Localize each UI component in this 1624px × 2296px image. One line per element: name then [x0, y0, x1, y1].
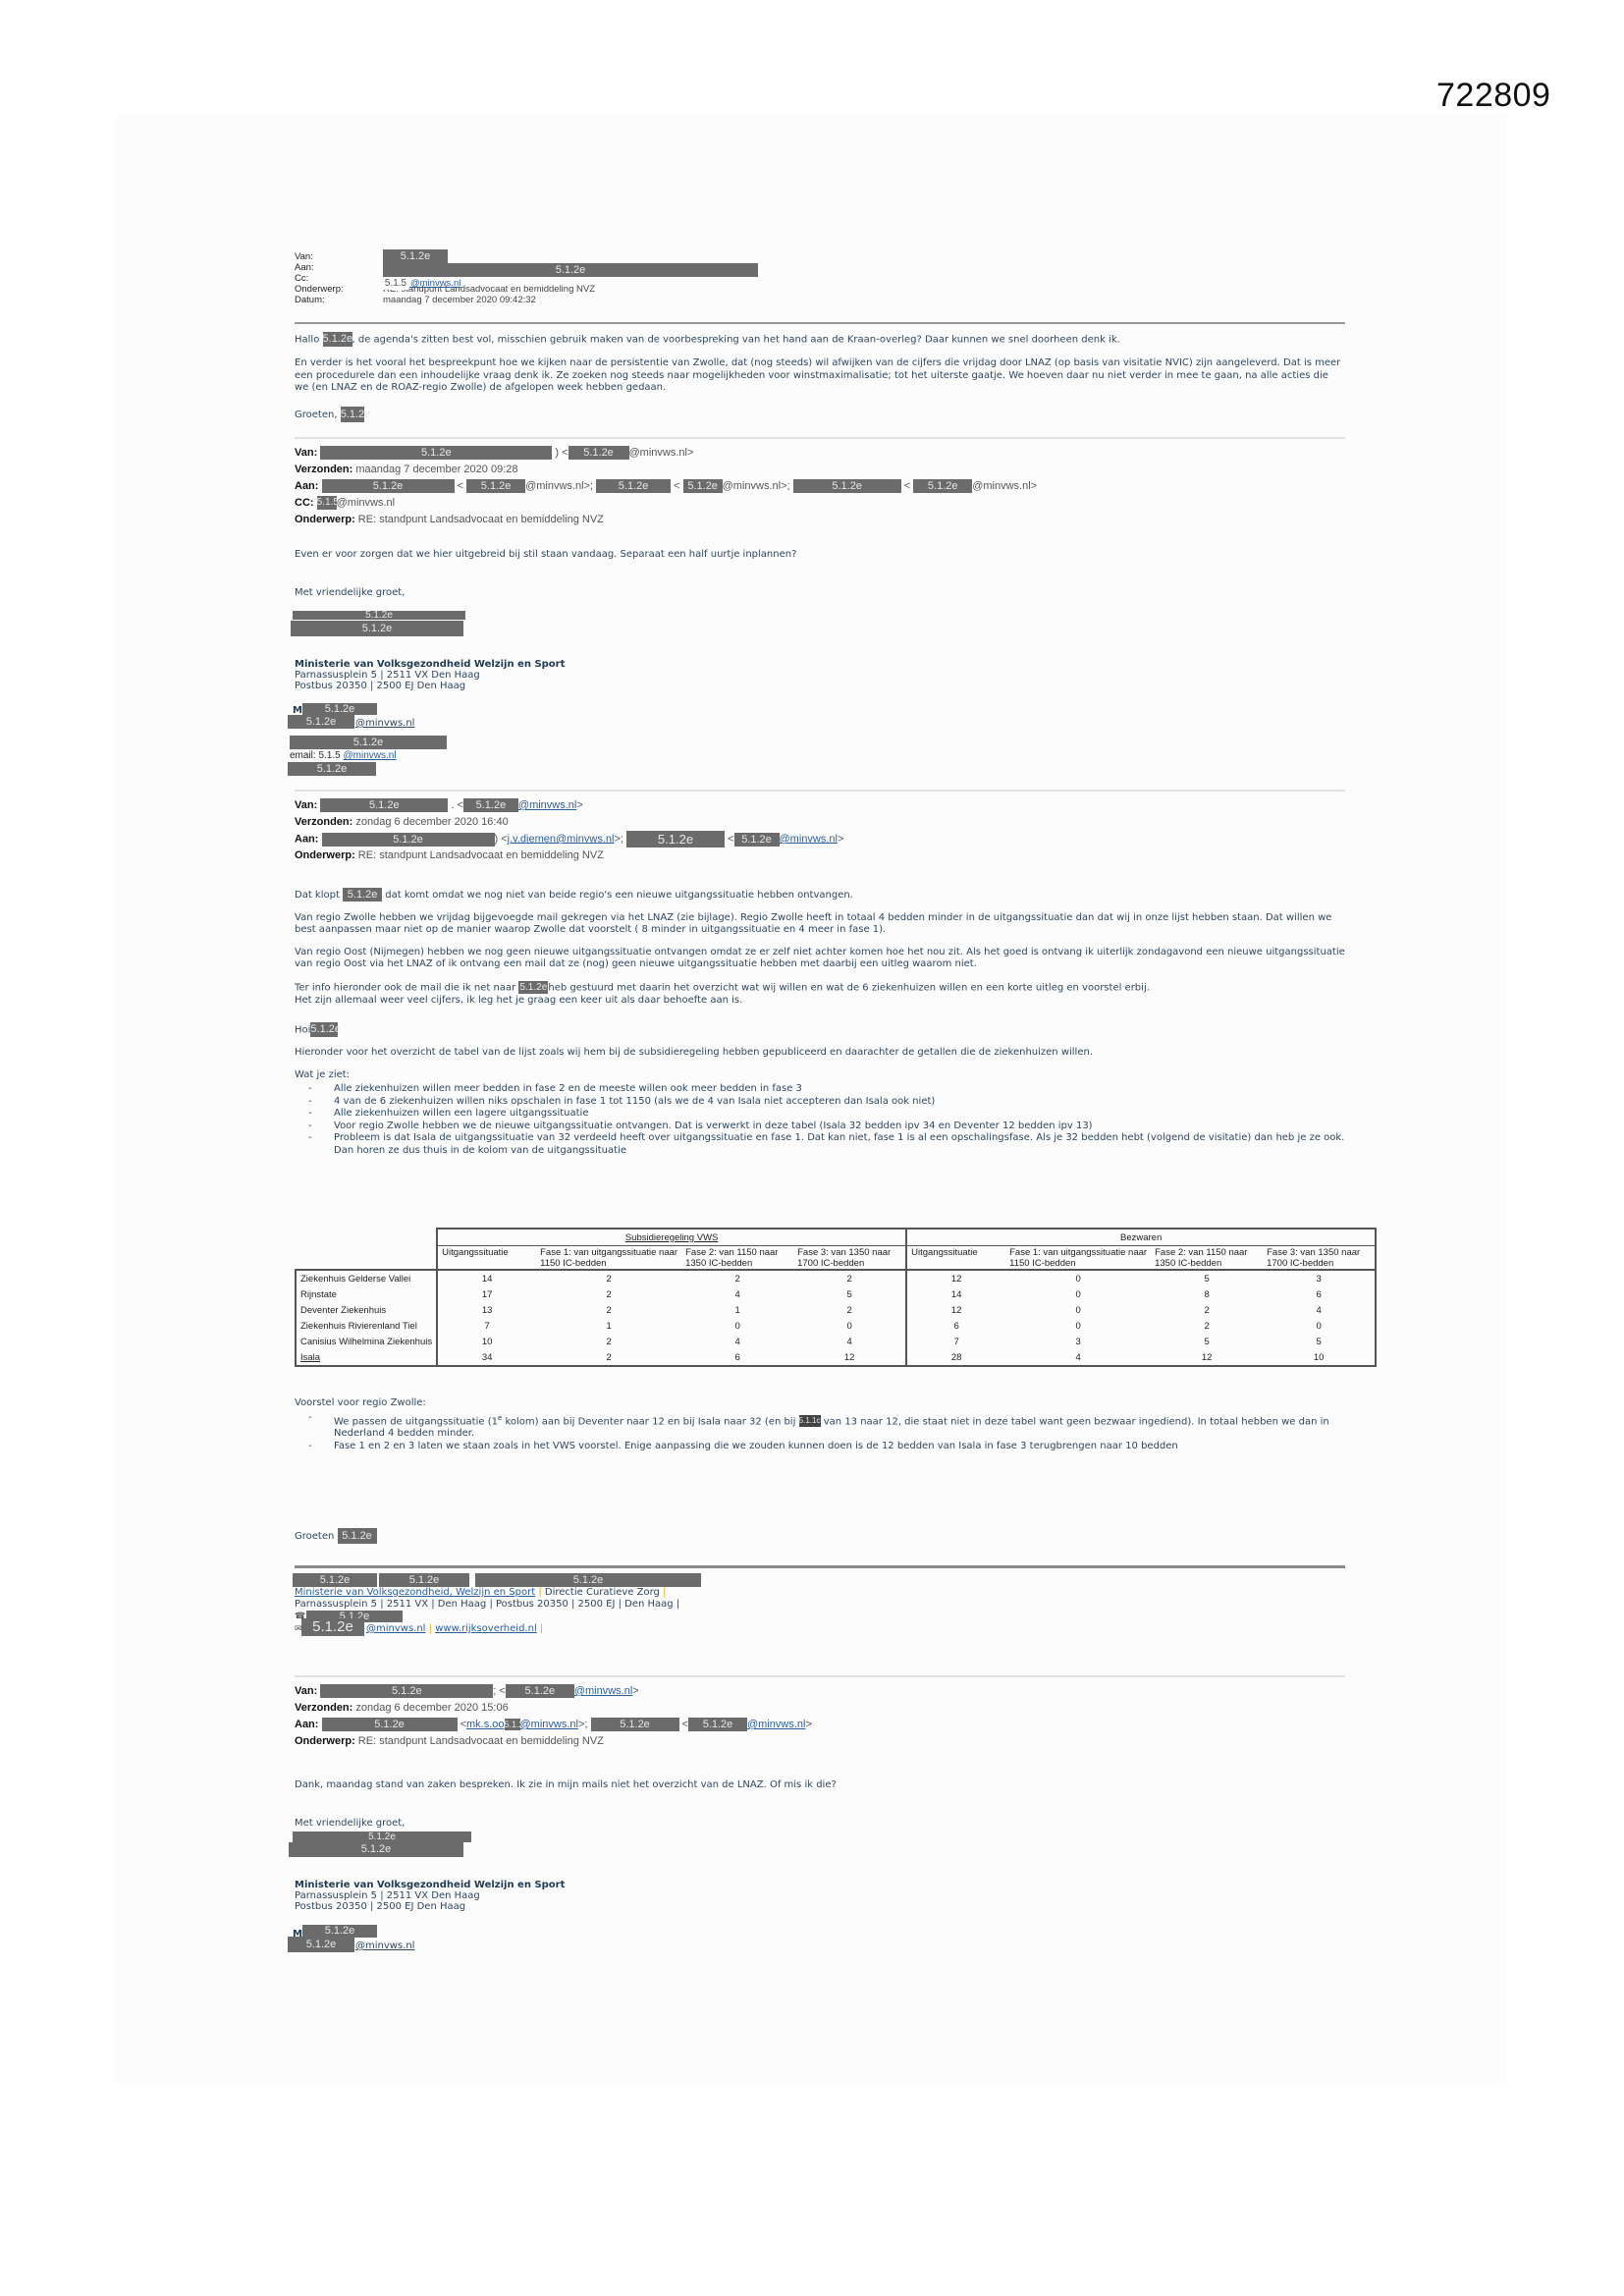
- divider: [295, 437, 1345, 439]
- redaction: 5.1.2e: [293, 1831, 471, 1842]
- table-cell: 3: [1005, 1334, 1151, 1349]
- table-cell: 2: [1151, 1318, 1263, 1334]
- table-cell: 2: [1151, 1302, 1263, 1318]
- table-group-header: Subsidieregeling VWS: [437, 1229, 906, 1246]
- table-corner: [296, 1246, 437, 1271]
- divider: [295, 1675, 1345, 1677]
- table-cell: 14: [906, 1286, 1005, 1302]
- org-name: Ministerie van Volksgezondheid Welzijn e…: [295, 1880, 565, 1890]
- redaction: 5.1.2e: [505, 1719, 520, 1730]
- table-column-header: Fase 2: van 1150 naar 1350 IC-bedden: [1151, 1246, 1263, 1271]
- table-cell: 5: [793, 1286, 906, 1302]
- redaction: 5.1.2e: [688, 1718, 747, 1731]
- redaction: 5.1.2e: [379, 1573, 469, 1587]
- table-row: Deventer Ziekenhuis1321212024: [296, 1302, 1376, 1318]
- sent-date: maandag 7 december 2020 09:28: [355, 464, 517, 475]
- table-cell: 2: [536, 1270, 681, 1286]
- date: maandag 7 december 2020 09:42:32: [383, 295, 536, 305]
- email-link[interactable]: @minvws.nl: [355, 1941, 414, 1951]
- email4-body: Dank, maandag stand van zaken bespreken.…: [295, 1779, 837, 1792]
- table-cell: 12: [1151, 1349, 1263, 1366]
- table-cell: 14: [437, 1270, 536, 1286]
- redaction: 5.1.2e: [288, 762, 376, 776]
- signature: Ministerie van Volksgezondheid, Welzijn …: [295, 1587, 679, 1611]
- website-link[interactable]: www.rijksoverheid.nl: [435, 1623, 537, 1634]
- redaction: 5.1.2e: [343, 888, 382, 902]
- list-item: Probleem is dat Isala de uitgangssituati…: [334, 1132, 1345, 1157]
- hospital-name: Ziekenhuis Gelderse Vallei: [296, 1270, 437, 1286]
- table-cell: 0: [1263, 1318, 1376, 1334]
- table-group-header: Bezwaren: [906, 1229, 1376, 1246]
- table-cell: 2: [681, 1270, 793, 1286]
- redaction: 5.1.2e: [475, 1573, 701, 1587]
- list-item: We passen de uitgangssituatie (1e kolom)…: [334, 1412, 1345, 1441]
- table-cell: 1: [681, 1302, 793, 1318]
- redaction: 5.1.2e: [323, 332, 352, 347]
- redaction: 5.1.2e: [293, 1573, 377, 1587]
- table-column-header: Fase 1: van uitgangssituatie naar 1150 I…: [536, 1246, 681, 1271]
- table-cell: 0: [1005, 1270, 1151, 1286]
- hospital-name: Isala: [296, 1349, 437, 1366]
- table-cell: 4: [1005, 1349, 1151, 1366]
- hospital-name: Ziekenhuis Rivierenland Tiel: [296, 1318, 437, 1334]
- label-subject: Onderwerp:: [295, 284, 383, 295]
- email4-header: Van: 5.1.2e; <5.1.2e@minvws.nl> Verzonde…: [295, 1683, 1375, 1750]
- bullet-list: Alle ziekenhuizen willen meer bedden in …: [295, 1083, 1345, 1157]
- bullet-list: We passen de uitgangssituatie (1e kolom)…: [295, 1412, 1345, 1453]
- redaction: 5.1.2e: [913, 479, 972, 493]
- table-cell: 4: [681, 1286, 793, 1302]
- table-cell: 28: [906, 1349, 1005, 1366]
- table-cell: 6: [906, 1318, 1005, 1334]
- sent-date: zondag 6 december 2020 16:40: [355, 816, 508, 828]
- table-cell: 0: [1005, 1318, 1151, 1334]
- list-item: 4 van de 6 ziekenhuizen willen niks opsc…: [334, 1096, 1345, 1109]
- redaction: 5.1.5: [383, 277, 408, 290]
- redaction: 5.1.2e: [793, 479, 901, 493]
- paragraph: Van regio Zwolle hebben we vrijdag bijge…: [295, 912, 1345, 937]
- table-cell: 10: [437, 1334, 536, 1349]
- redaction: 5.1.2e: [310, 1022, 338, 1037]
- table-column-header: Uitgangssituatie: [437, 1246, 536, 1271]
- table-row: Canisius Wilhelmina Ziekenhuis102447355: [296, 1334, 1376, 1349]
- table-cell: 10: [1263, 1349, 1376, 1366]
- table-cell: 6: [681, 1349, 793, 1366]
- table-cell: 0: [1005, 1286, 1151, 1302]
- email-link[interactable]: @minvws.nl: [366, 1623, 425, 1634]
- email-link[interactable]: @minvws.nl: [344, 750, 397, 761]
- redaction: 5.1.1c: [799, 1415, 821, 1427]
- redaction: 5.1.2e: [320, 1684, 493, 1698]
- table-column-header: Fase 2: van 1150 naar 1350 IC-bedden: [681, 1246, 793, 1271]
- redaction: 5.1.2e: [506, 1684, 574, 1698]
- table-column-header: Fase 3: van 1350 naar 1700 IC-bedden: [1263, 1246, 1376, 1271]
- list-item: Voor regio Zwolle hebben we de nieuwe ui…: [334, 1121, 1345, 1133]
- hospital-name: Deventer Ziekenhuis: [296, 1302, 437, 1318]
- email-link[interactable]: @minvws.nl: [355, 718, 414, 729]
- beds-table: Subsidieregeling VWSBezwarenUitgangssitu…: [295, 1228, 1377, 1367]
- redaction: 5.1.2e: [320, 446, 552, 460]
- redaction: 5.1.2e: [322, 479, 455, 493]
- table-cell: 13: [437, 1302, 536, 1318]
- redaction: 5.1.2e: [288, 715, 354, 729]
- table-cell: 12: [906, 1270, 1005, 1286]
- divider: [295, 1565, 1345, 1568]
- table-corner: [296, 1229, 437, 1246]
- table-cell: 12: [793, 1349, 906, 1366]
- table-cell: 3: [1263, 1270, 1376, 1286]
- redaction: 5.1.2e: [518, 981, 548, 994]
- redaction: 5.1.2e: [293, 611, 465, 620]
- table-cell: 8: [1151, 1286, 1263, 1302]
- redaction: 5.1.2e: [320, 798, 448, 812]
- redaction: 5.1.2e: [288, 1937, 354, 1952]
- redaction: 5.1.2e: [322, 1718, 458, 1731]
- signature: Ministerie van Volksgezondheid Welzijn e…: [295, 1880, 565, 1912]
- sent-date: zondag 6 december 2020 15:06: [355, 1702, 508, 1714]
- redaction: 5.1.2e: [466, 479, 525, 493]
- org-name: Ministerie van Volksgezondheid Welzijn e…: [295, 659, 565, 670]
- proposal: Voorstel voor regio Zwolle: We passen de…: [295, 1397, 1345, 1452]
- email2-header: Van: 5.1.2e ) <5.1.2e@minvws.nl> Verzond…: [295, 445, 1375, 528]
- list-item: Alle ziekenhuizen willen meer bedden in …: [334, 1083, 1345, 1096]
- table-cell: 4: [1263, 1302, 1376, 1318]
- table-cell: 4: [681, 1334, 793, 1349]
- redaction: 5.1.2e: [734, 833, 780, 847]
- list-item: Alle ziekenhuizen willen een lagere uitg…: [334, 1108, 1345, 1121]
- table-row: Isala3426122841210: [296, 1349, 1376, 1366]
- redaction: 5.1.2e: [463, 798, 518, 812]
- divider: [295, 790, 1345, 792]
- label-from: Van:: [295, 251, 383, 262]
- redaction: 5.1.2e: [322, 833, 495, 847]
- table-cell: 7: [906, 1334, 1005, 1349]
- redaction: 5.1.5: [317, 496, 337, 510]
- redaction: 5.1.2e: [383, 263, 758, 277]
- redaction: 5.1.2e: [290, 736, 447, 749]
- subject: RE: standpunt Landsadvocaat en bemiddeli…: [358, 1735, 604, 1747]
- table-row: Rijnstate1724514086: [296, 1286, 1376, 1302]
- table-cell: 34: [437, 1349, 536, 1366]
- email3-header: Van: 5.1.2e . <5.1.2e@minvws.nl> Verzond…: [295, 797, 1375, 864]
- table-cell: 2: [536, 1349, 681, 1366]
- table-cell: 12: [906, 1302, 1005, 1318]
- table-row: Ziekenhuis Gelderse Vallei1422212053: [296, 1270, 1376, 1286]
- redaction: 5.1.2e: [341, 407, 364, 422]
- table-cell: 0: [1005, 1302, 1151, 1318]
- label-to: Aan:: [295, 262, 383, 273]
- signature: Ministerie van Volksgezondheid Welzijn e…: [295, 659, 565, 691]
- table-row: Ziekenhuis Rivierenland Tiel71006020: [296, 1318, 1376, 1334]
- table-header-row: UitgangssituatieFase 1: van uitgangssitu…: [296, 1246, 1376, 1271]
- redaction: 5.1.2e: [591, 1718, 679, 1731]
- redaction: 5.1.2e: [596, 479, 671, 493]
- ministry-link[interactable]: Ministerie van Volksgezondheid, Welzijn …: [295, 1587, 535, 1598]
- table-cell: 4: [793, 1334, 906, 1349]
- table-cell: 5: [1151, 1270, 1263, 1286]
- redaction: 5.1.2e: [383, 249, 448, 263]
- cc-email-link[interactable]: @minvws.nl: [410, 278, 460, 289]
- table-column-header: Fase 3: van 1350 naar 1700 IC-bedden: [793, 1246, 906, 1271]
- redaction: 5.1.2e: [289, 1842, 463, 1857]
- divider: [295, 322, 1345, 324]
- closing: Met vriendelijke groet,: [295, 1818, 405, 1829]
- table-cell: 0: [681, 1318, 793, 1334]
- label-date: Datum:: [295, 295, 383, 305]
- redaction: 5.1.2e: [338, 1528, 377, 1544]
- subject: RE: standpunt Landsadvocaat en bemiddeli…: [358, 514, 604, 525]
- table-column-header: Uitgangssituatie: [906, 1246, 1005, 1271]
- email3-body: Dat klopt 5.1.2e dat komt omdat we nog n…: [295, 888, 1345, 1157]
- label-cc: Cc:: [295, 273, 383, 284]
- redaction: 5.1.2e: [683, 479, 723, 493]
- redaction: 5.1.2e: [568, 446, 629, 460]
- document-number: 722809: [1436, 77, 1550, 115]
- table-cell: 5: [1151, 1334, 1263, 1349]
- redaction: 5.1.2e: [302, 703, 377, 715]
- table-column-header: Fase 1: van uitgangssituatie naar 1150 I…: [1005, 1246, 1151, 1271]
- subject: RE: standpunt Landsadvocaat en bemiddeli…: [358, 849, 604, 861]
- paragraph: En verder is het vooral het bespreekpunt…: [295, 357, 1345, 395]
- table-cell: 6: [1263, 1286, 1376, 1302]
- table-cell: 2: [536, 1302, 681, 1318]
- email1-body: Hallo 5.1.2e, de agenda's zitten best vo…: [295, 332, 1345, 422]
- paragraph: Hieronder voor het overzicht de tabel va…: [295, 1047, 1345, 1060]
- table-cell: 17: [437, 1286, 536, 1302]
- hospital-name: Rijnstate: [296, 1286, 437, 1302]
- table-cell: 2: [536, 1286, 681, 1302]
- table-cell: 5: [1263, 1334, 1376, 1349]
- redaction: 5.1.2e: [301, 1618, 364, 1636]
- paragraph: Van regio Oost (Nijmegen) hebben we nog …: [295, 947, 1345, 971]
- table-cell: 1: [536, 1318, 681, 1334]
- redaction: 5.1.2e: [626, 831, 725, 847]
- redaction: 5.1.2e: [291, 621, 463, 636]
- table-cell: 7: [437, 1318, 536, 1334]
- table-group-header-row: Subsidieregeling VWSBezwaren: [296, 1229, 1376, 1246]
- table-cell: 0: [793, 1318, 906, 1334]
- hospital-name: Canisius Wilhelmina Ziekenhuis: [296, 1334, 437, 1349]
- list-item: Fase 1 en 2 en 3 laten we staan zoals in…: [334, 1441, 1345, 1453]
- table-cell: 2: [536, 1334, 681, 1349]
- table-cell: 2: [793, 1270, 906, 1286]
- table-cell: 2: [793, 1302, 906, 1318]
- closing: Met vriendelijke groet,: [295, 587, 405, 598]
- email2-body: Even er voor zorgen dat we hier uitgebre…: [295, 549, 796, 562]
